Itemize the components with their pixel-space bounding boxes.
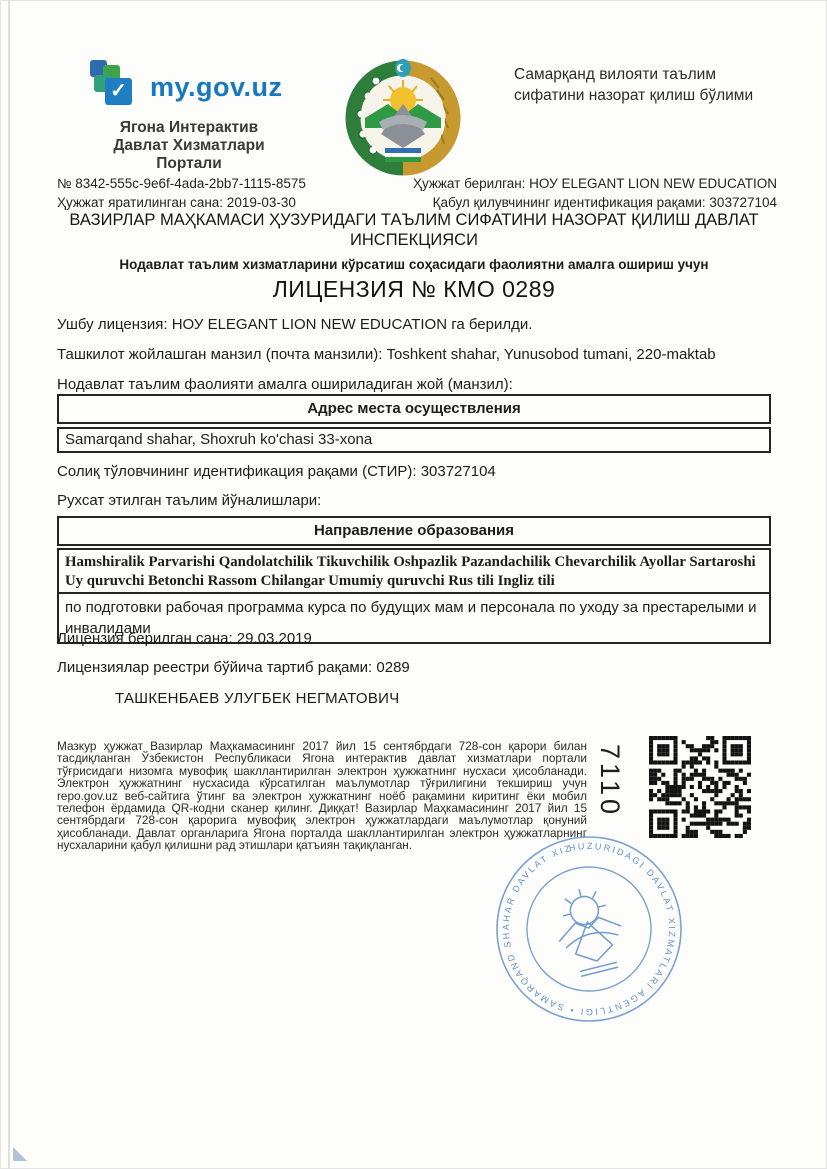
recipient-id: Қабул қилувчининг идентификация рақами: … (413, 194, 777, 213)
org-address-line: Ташкилот жойлашган манзил (почта манзили… (57, 346, 777, 363)
directions-table-header: Направление образования (57, 516, 771, 546)
document-meta-right: Ҳужжат берилган: НОУ ELEGANT LION NEW ED… (413, 175, 777, 212)
license-document-page: ✓ my.gov.uz Ягона Интерактив Давлат Хизм… (0, 0, 827, 1169)
checkmark-icon: ✓ (105, 78, 132, 105)
document-created-date: Ҳужжат яратилинган сана: 2019-03-30 (57, 194, 306, 213)
brand-wordmark: my.gov.uz (150, 72, 283, 103)
brand-tagline: Ягона Интерактив Давлат Хизматлари Порта… (88, 119, 290, 173)
document-meta-left: № 8342-555c-9e6f-4ada-2bb7-1115-8575 Ҳуж… (57, 175, 306, 212)
directions-table-row1: Hamshiralik Parvarishi Qandolatchilik Ti… (57, 548, 771, 596)
mygovuz-checkmark-icon: ✓ (88, 60, 146, 118)
signatory-name: ТАШКЕНБАЕВ УЛУГБЕК НЕГМАТОВИЧ (115, 690, 400, 707)
uzbekistan-coat-of-arms-icon (343, 56, 463, 176)
legal-notice: Мазкур ҳужжат Вазирлар Маҳкамасининг 201… (57, 740, 587, 852)
license-purpose: Нодавлат таълим хизматларини кўрсатиш со… (57, 257, 771, 272)
side-number: 7110 (594, 744, 625, 818)
license-number-title: ЛИЦЕНЗИЯ № КМО 0289 (57, 276, 771, 303)
taxpayer-id-line: Солиқ тўловчининг идентификация рақами (… (57, 463, 777, 480)
granted-to-line: Ушбу лицензия: НОУ ELEGANT LION NEW EDUC… (57, 316, 777, 333)
document-number: № 8342-555c-9e6f-4ada-2bb7-1115-8575 (57, 175, 306, 194)
document-issued-to: Ҳужжат берилган: НОУ ELEGANT LION NEW ED… (413, 175, 777, 194)
issuing-authority-title: ВАЗИРЛАР МАҲКАМАСИ ҲУЗУРИДАГИ ТАЪЛИМ СИФ… (69, 211, 759, 250)
activity-place-label: Нодавлат таълим фаолияти амалга оширилад… (57, 376, 777, 393)
issue-date-line: Лицензия берилган сана: 29.03.2019 (57, 630, 777, 647)
address-table-header: Адрес места осуществления (57, 394, 771, 424)
scan-edge-artifact (8, 0, 10, 1169)
registry-number-line: Лицензиялар реестри бўйича тартиб рақами… (57, 659, 777, 676)
regional-office-title: Самарқанд вилояти таълим сифатини назора… (514, 64, 753, 106)
mygovuz-logo: ✓ my.gov.uz Ягона Интерактив Давлат Хизм… (88, 60, 290, 173)
page-corner-artifact (13, 1147, 27, 1161)
address-table-value: Samarqand shahar, Shoxruh ko'chasi 33-xo… (57, 427, 771, 453)
directions-label: Рухсат этилган таълим йўналишлари: (57, 492, 777, 509)
document-meta: № 8342-555c-9e6f-4ada-2bb7-1115-8575 Ҳуж… (57, 175, 777, 212)
